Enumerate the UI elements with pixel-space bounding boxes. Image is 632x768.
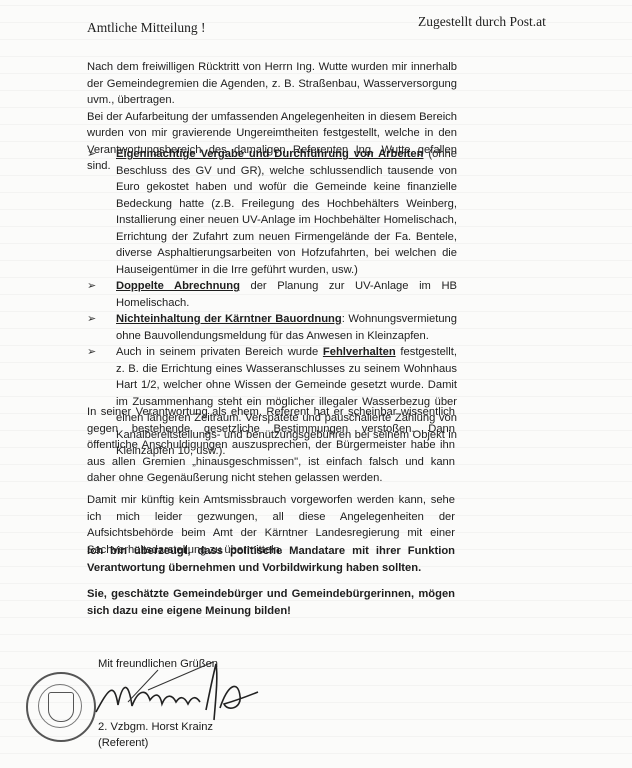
coat-of-arms-icon bbox=[48, 692, 74, 722]
list-item: ➢ Eigenmächtige Vergabe und Durchführung… bbox=[87, 146, 457, 278]
signatory-role: (Referent) bbox=[98, 735, 213, 751]
arrow-bullet-icon: ➢ bbox=[87, 278, 96, 295]
arrow-bullet-icon: ➢ bbox=[87, 146, 96, 163]
signatory-name: 2. Vzbgm. Horst Krainz bbox=[98, 719, 213, 735]
list-item-heading: Eigenmächtige Vergabe und Durchführung v… bbox=[116, 148, 423, 160]
handwritten-signature-icon bbox=[88, 650, 288, 730]
list-item-heading: Nichteinhaltung der Kärntner Bauordnung bbox=[116, 313, 342, 325]
list-item-heading: Doppelte Abrechnung bbox=[116, 280, 240, 292]
intro-text-1: Nach dem freiwilligen Rücktritt von Herr… bbox=[87, 61, 457, 106]
header-official-notice: Amtliche Mitteilung ! bbox=[87, 20, 205, 36]
header-delivery-note: Zugestellt durch Post.at bbox=[418, 14, 546, 30]
list-item-pre: Auch in seinem privaten Bereich wurde bbox=[116, 346, 323, 358]
list-item-heading: Fehlverhalten bbox=[323, 346, 396, 358]
scanned-letter: Amtliche Mitteilung ! Zugestellt durch P… bbox=[0, 0, 632, 768]
appeal-paragraph: Sie, geschätzte Gemeindebürger und Gemei… bbox=[87, 586, 455, 619]
signatory-block: 2. Vzbgm. Horst Krainz (Referent) bbox=[98, 719, 213, 751]
list-item: ➢ Nichteinhaltung der Kärntner Bauordnun… bbox=[87, 311, 457, 344]
responsibility-paragraph: In seiner Verantwortung als ehem. Refere… bbox=[87, 404, 455, 487]
conviction-paragraph: Ich bin überzeugt, dass politische Manda… bbox=[87, 543, 455, 576]
arrow-bullet-icon: ➢ bbox=[87, 344, 96, 361]
arrow-bullet-icon: ➢ bbox=[87, 311, 96, 328]
list-item: ➢ Doppelte Abrechnung der Planung zur UV… bbox=[87, 278, 457, 311]
municipal-stamp-icon bbox=[26, 672, 96, 742]
list-item-text: (ohne Beschluss des GV und GR), welche s… bbox=[116, 148, 457, 276]
